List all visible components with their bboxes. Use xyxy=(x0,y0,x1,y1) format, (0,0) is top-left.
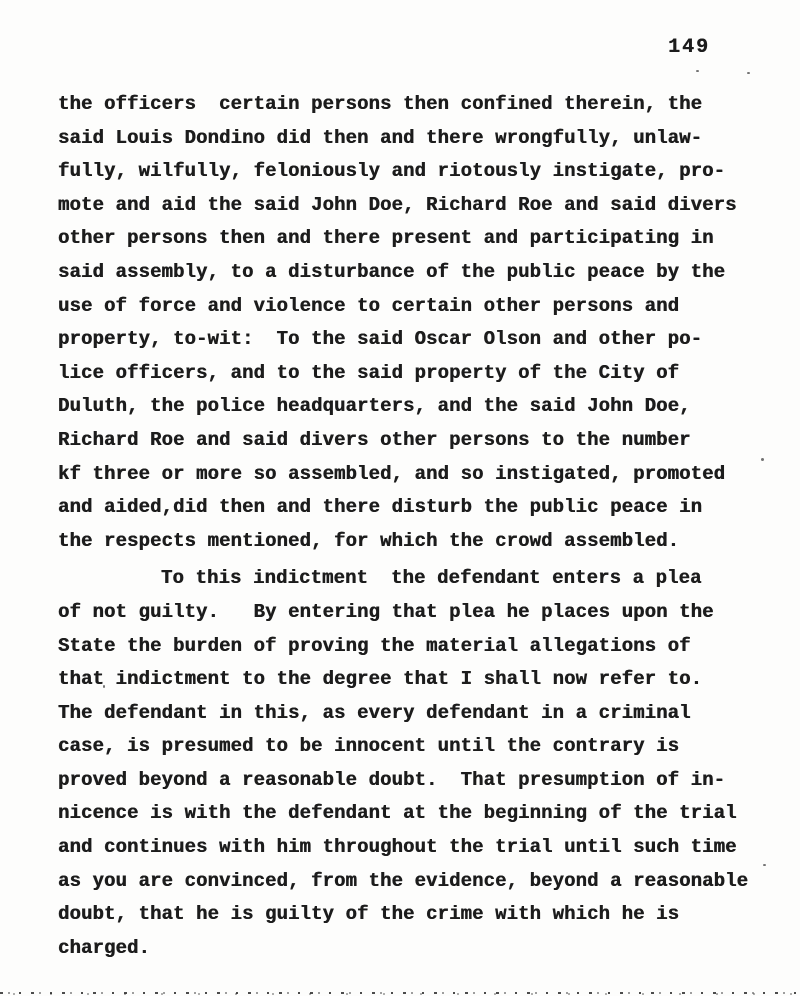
text-line: said Louis Dondino did then and there wr… xyxy=(58,122,770,156)
text-line: property, to-wit: To the said Oscar Olso… xyxy=(58,323,770,357)
text-line: doubt, that he is guilty of the crime wi… xyxy=(58,898,770,932)
text-line: The defendant in this, as every defendan… xyxy=(58,697,770,731)
scan-speckle xyxy=(747,72,750,74)
text-line: State the burden of proving the material… xyxy=(58,630,770,664)
text-line: mote and aid the said John Doe, Richard … xyxy=(58,189,770,223)
scanned-document-page: 149 the officers certain persons then co… xyxy=(0,0,800,996)
text-line: kf three or more so assembled, and so in… xyxy=(58,458,770,492)
text-line: the officers certain persons then confin… xyxy=(58,88,770,122)
text-block: the officers certain persons then confin… xyxy=(58,88,770,965)
text-line: and aided,did then and there disturb the… xyxy=(58,491,770,525)
text-line: that indictment to the degree that I sha… xyxy=(58,663,770,697)
scan-speckle xyxy=(214,474,216,476)
text-line: proved beyond a reasonable doubt. That p… xyxy=(58,764,770,798)
scan-speckle xyxy=(761,458,764,461)
text-line: of not guilty. By entering that plea he … xyxy=(58,596,770,630)
scan-speckle xyxy=(763,864,766,866)
text-line: lice officers, and to the said property … xyxy=(58,357,770,391)
text-line: To this indictment the defendant enters … xyxy=(58,562,770,596)
paragraph-plea: To this indictment the defendant enters … xyxy=(58,562,770,965)
scan-speckle xyxy=(696,70,699,72)
text-line: fully, wilfully, feloniously and riotous… xyxy=(58,155,770,189)
text-line: Duluth, the police headquarters, and the… xyxy=(58,390,770,424)
text-line: other persons then and there present and… xyxy=(58,222,770,256)
text-line: charged. xyxy=(58,932,770,966)
paragraph-indictment: the officers certain persons then confin… xyxy=(58,88,770,558)
text-line: nicence is with the defendant at the beg… xyxy=(58,797,770,831)
text-line: said assembly, to a disturbance of the p… xyxy=(58,256,770,290)
scan-noise-band xyxy=(0,990,800,995)
text-line: the respects mentioned, for which the cr… xyxy=(58,525,770,559)
text-line: use of force and violence to certain oth… xyxy=(58,290,770,324)
text-line: Richard Roe and said divers other person… xyxy=(58,424,770,458)
text-line: case, is presumed to be innocent until t… xyxy=(58,730,770,764)
text-line: and continues with him throughout the tr… xyxy=(58,831,770,865)
scan-speckle xyxy=(103,685,105,688)
page-number: 149 xyxy=(668,36,710,59)
text-line: as you are convinced, from the evidence,… xyxy=(58,865,770,899)
